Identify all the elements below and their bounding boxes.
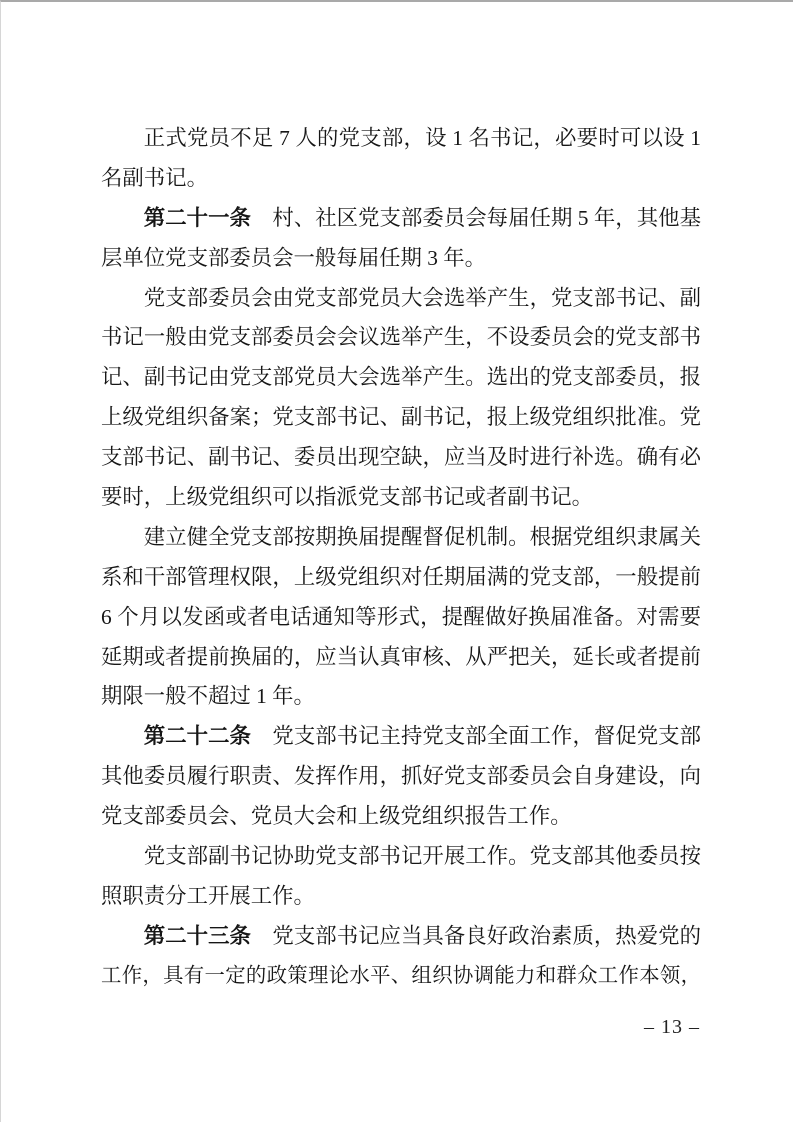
document-body: 正式党员不足 7 人的党支部，设 1 名书记，必要时可以设 1名副书记。第二十一… xyxy=(101,119,701,997)
text-line: 其他委员履行职责、发挥作用，抓好党支部委员会自身建设，向 xyxy=(101,757,701,797)
text-line: 上级党组织备案；党支部书记、副书记，报上级党组织批准。党 xyxy=(101,398,701,438)
text-line: 正式党员不足 7 人的党支部，设 1 名书记，必要时可以设 1 xyxy=(101,119,701,159)
text-line: 要时，上级党组织可以指派党支部书记或者副书记。 xyxy=(101,478,701,518)
article-number: 第二十三条 xyxy=(144,924,251,948)
text-line: 照职责分工开展工作。 xyxy=(101,877,701,917)
article-number: 第二十一条 xyxy=(144,206,251,230)
text-line: 6 个月以发函或者电话通知等形式，提醒做好换届准备。对需要 xyxy=(101,598,701,638)
text-line: 名副书记。 xyxy=(101,159,701,199)
text-line: 层单位党支部委员会一般每届任期 3 年。 xyxy=(101,239,701,279)
text-line: 第二十二条 党支部书记主持党支部全面工作，督促党支部 xyxy=(101,717,701,757)
article-number: 第二十二条 xyxy=(144,724,251,748)
text-line: 记、副书记由党支部党员大会选举产生。选出的党支部委员，报 xyxy=(101,358,701,398)
text-line: 党支部副书记协助党支部书记开展工作。党支部其他委员按 xyxy=(101,837,701,877)
text-line: 建立健全党支部按期换届提醒督促机制。根据党组织隶属关 xyxy=(101,518,701,558)
text-line: 第二十一条 村、社区党支部委员会每届任期 5 年，其他基 xyxy=(101,199,701,239)
text-line: 党支部委员会由党支部党员大会选举产生，党支部书记、副 xyxy=(101,279,701,319)
text-line: 延期或者提前换届的，应当认真审核、从严把关，延长或者提前 xyxy=(101,638,701,678)
document-page: 正式党员不足 7 人的党支部，设 1 名书记，必要时可以设 1名副书记。第二十一… xyxy=(0,0,793,1122)
text-line: 工作，具有一定的政策理论水平、组织协调能力和群众工作本领， xyxy=(101,957,701,997)
text-line: 书记一般由党支部委员会会议选举产生，不设委员会的党支部书 xyxy=(101,318,701,358)
text-line: 支部书记、副书记、委员出现空缺，应当及时进行补选。确有必 xyxy=(101,438,701,478)
text-line: 期限一般不超过 1 年。 xyxy=(101,677,701,717)
text-line: 系和干部管理权限，上级党组织对任期届满的党支部，一般提前 xyxy=(101,558,701,598)
text-line: 第二十三条 党支部书记应当具备良好政治素质，热爱党的 xyxy=(101,917,701,957)
page-number: – 13 – xyxy=(644,1014,700,1040)
text-line: 党支部委员会、党员大会和上级党组织报告工作。 xyxy=(101,797,701,837)
